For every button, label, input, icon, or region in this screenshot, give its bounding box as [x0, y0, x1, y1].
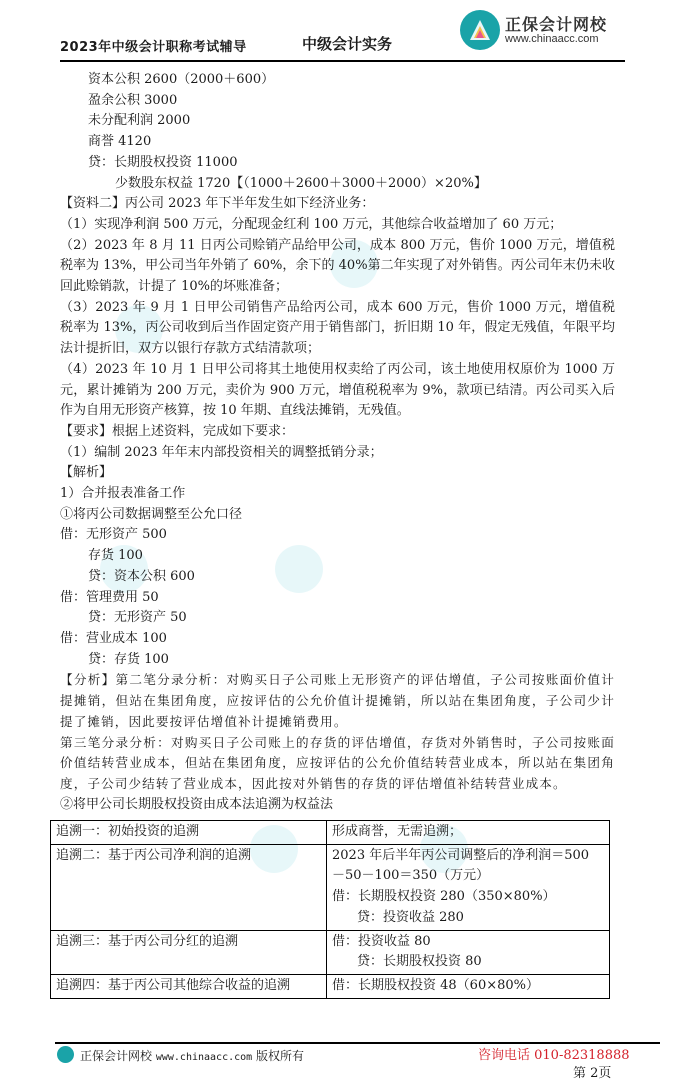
table-cell-detail: 借：长期股权投资 48（60×80%）	[327, 974, 610, 998]
journal-line: 盈余公积 3000	[60, 91, 615, 112]
table-cell-detail: 借：投资收益 80 贷：长期股权投资 80	[327, 930, 610, 974]
journal-line: 贷：无形资产 50	[60, 608, 615, 629]
cell-line: 借：长期股权投资 280（350×80%）	[332, 887, 604, 908]
journal-line: 借：无形资产 500	[60, 525, 615, 546]
table-row: 追溯二：基于丙公司净利润的追溯 2023 年后半年丙公司调整后的净利润＝500 …	[51, 844, 610, 930]
cell-line: 贷：长期股权投资 80	[332, 952, 604, 973]
table-cell-label: 追溯二：基于丙公司净利润的追溯	[51, 844, 327, 930]
footer-rights: 版权所有	[256, 1049, 304, 1063]
solution-sub-1: ①将丙公司数据调整至公允口径	[60, 505, 615, 526]
footer-url[interactable]: www.chinaacc.com	[156, 1052, 252, 1063]
page-header: 2023年中级会计职称考试辅导 中级会计实务 正保会计网校 www.chinaa…	[0, 0, 675, 62]
solution-sub-2: ②将甲公司长期股权投资由成本法追溯为权益法	[60, 795, 615, 816]
table-cell-label: 追溯一：初始投资的追溯	[51, 821, 327, 845]
document-body: 资本公积 2600（2000＋600） 盈余公积 3000 未分配利润 2000…	[60, 70, 615, 815]
page-number: 第 2页	[573, 1062, 611, 1081]
journal-line: 存货 100	[60, 546, 615, 567]
material2-item-1: （1）实现净利润 500 万元，分配现金红利 100 万元，其他综合收益增加了 …	[60, 215, 615, 236]
table-cell-detail: 形成商誉，无需追溯；	[327, 821, 610, 845]
journal-line: 贷：存货 100	[60, 650, 615, 671]
material2-item-3: （3）2023 年 9 月 1 日甲公司销售产品给丙公司，成本 600 万元，售…	[60, 298, 615, 360]
analysis-paragraph-2: 第三笔分录分析：对购买日子公司账上的存货的评估增值，存货对外销售时，子公司按账面…	[60, 733, 615, 795]
brand-name: 正保会计网校	[505, 12, 607, 35]
journal-line: 未分配利润 2000	[60, 111, 615, 132]
table-row: 追溯一：初始投资的追溯 形成商誉，无需追溯；	[51, 821, 610, 845]
journal-line: 贷：长期股权投资 11000	[60, 153, 615, 174]
solution-step-1: 1）合并报表准备工作	[60, 484, 615, 505]
journal-line: 少数股东权益 1720【（1000＋2600＋3000＋2000）×20%】	[60, 174, 615, 195]
table-cell-label: 追溯四：基于丙公司其他综合收益的追溯	[51, 974, 327, 998]
analysis-paragraph-1: 【分析】第二笔分录分析：对购买日子公司账上无形资产的评估增值，子公司按账面价值计…	[60, 670, 615, 732]
cell-line: 借：投资收益 80	[332, 932, 604, 953]
footer-brand: 正保会计网校	[80, 1049, 152, 1063]
cell-line: －50－100＝350（万元）	[332, 866, 604, 887]
table-cell-detail: 2023 年后半年丙公司调整后的净利润＝500 －50－100＝350（万元） …	[327, 844, 610, 930]
journal-line: 资本公积 2600（2000＋600）	[60, 70, 615, 91]
table-row: 追溯三：基于丙公司分红的追溯 借：投资收益 80 贷：长期股权投资 80	[51, 930, 610, 974]
header-divider	[60, 60, 625, 62]
chinaacc-logo-icon	[460, 10, 500, 50]
journal-line: 商誉 4120	[60, 132, 615, 153]
cell-line: 借：长期股权投资 48（60×80%）	[332, 976, 604, 997]
journal-line: 借：营业成本 100	[60, 629, 615, 650]
material2-heading: 【资料二】丙公司 2023 年下半年发生如下经济业务：	[60, 194, 615, 215]
course-title: 2023年中级会计职称考试辅导	[60, 36, 247, 55]
cell-line: 形成商誉，无需追溯；	[332, 822, 604, 843]
journal-line: 借：管理费用 50	[60, 588, 615, 609]
requirement-item-1: （1）编制 2023 年年末内部投资相关的调整抵销分录；	[60, 443, 615, 464]
subject-title: 中级会计实务	[302, 33, 392, 54]
cell-line: 贷：投资收益 280	[332, 908, 604, 929]
solution-heading: 【解析】	[60, 463, 615, 484]
consult-phone: 咨询电话 010-82318888	[478, 1044, 630, 1063]
retrospective-adjustment-table: 追溯一：初始投资的追溯 形成商誉，无需追溯； 追溯二：基于丙公司净利润的追溯 2…	[50, 820, 610, 999]
brand-url[interactable]: www.chinaacc.com	[505, 33, 599, 45]
material2-item-4: （4）2023 年 10 月 1 日甲公司将其土地使用权卖给了丙公司，该土地使用…	[60, 360, 615, 422]
cell-line: 2023 年后半年丙公司调整后的净利润＝500	[332, 846, 604, 867]
requirement-heading: 【要求】根据上述资料，完成如下要求：	[60, 422, 615, 443]
table-cell-label: 追溯三：基于丙公司分红的追溯	[51, 930, 327, 974]
footer-copyright: 正保会计网校 www.chinaacc.com 版权所有	[80, 1047, 304, 1064]
table-row: 追溯四：基于丙公司其他综合收益的追溯 借：长期股权投资 48（60×80%）	[51, 974, 610, 998]
journal-line: 贷：资本公积 600	[60, 567, 615, 588]
material2-item-2: （2）2023 年 8 月 11 日丙公司赊销产品给甲公司，成本 800 万元，…	[60, 236, 615, 298]
chinaacc-logo-icon	[57, 1046, 74, 1063]
